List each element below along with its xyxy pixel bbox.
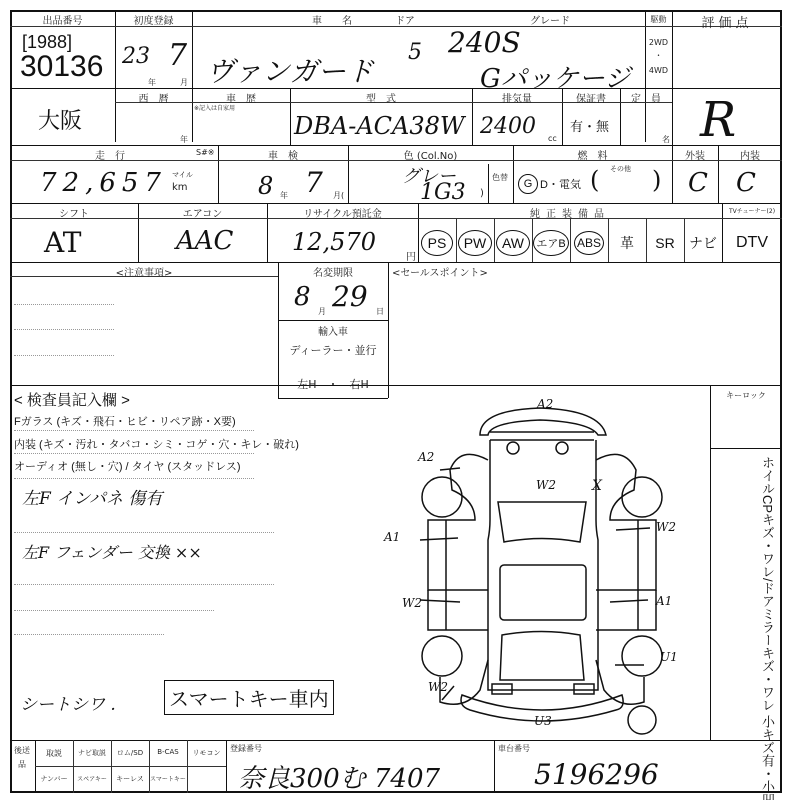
- yen-unit: 円: [406, 248, 416, 263]
- inspection-year-unit: 年: [280, 190, 288, 201]
- inspector-title: < 検査員記入欄 >: [14, 389, 130, 410]
- divider: [494, 740, 495, 793]
- dotted-line: [14, 610, 214, 611]
- car-name: ヴァンガード: [206, 50, 374, 90]
- mileage-value: 72,657: [40, 168, 167, 198]
- equip-aw: AW: [494, 226, 532, 260]
- inspection-label: 車 検: [218, 147, 348, 162]
- fuel-paren-close: ): [652, 166, 661, 194]
- equip-sunroof: SR: [646, 226, 684, 260]
- equip-pw-label: PW: [458, 230, 493, 256]
- usage-note: ※記入は自家用: [194, 103, 235, 112]
- score-value: R: [700, 92, 736, 148]
- first-reg-year: 23: [122, 44, 150, 69]
- name-change-month: 8: [294, 282, 311, 312]
- dotted-line: [14, 532, 274, 533]
- capacity-label: 定 員: [620, 90, 672, 105]
- year-unit: 年: [148, 77, 156, 88]
- divider: [10, 88, 782, 89]
- dotted-line: [14, 634, 164, 635]
- smart-key-box: スマートキー車内: [164, 680, 334, 715]
- drive-dot: ・: [645, 50, 672, 61]
- name-change-day: 29: [332, 280, 368, 313]
- acc-smart-key: スマートキー: [149, 774, 187, 783]
- ac-label: エアコン: [138, 205, 267, 220]
- fuel-label: 燃 料: [513, 147, 672, 162]
- fuel-options: D・電気: [540, 176, 581, 192]
- model-code: DBA-ACA38W: [294, 112, 465, 140]
- dotted-line: [14, 304, 114, 305]
- name-change-month-unit: 月: [318, 306, 326, 317]
- car-name-label: 車 名: [192, 12, 472, 27]
- km-unit: km: [172, 182, 188, 193]
- mark-a1-right-front-door: A1: [656, 594, 672, 608]
- divider: [388, 262, 389, 398]
- color-label: 色 (Col.No): [348, 147, 513, 162]
- interior-line: 内装 (キズ・汚れ・タバコ・シミ・コゲ・穴・キレ・破れ): [14, 436, 299, 452]
- equip-pw: PW: [456, 226, 494, 260]
- dotted-line: [14, 478, 254, 479]
- dotted-line: [14, 584, 274, 585]
- lot-number: 30136: [20, 50, 103, 84]
- name-change-day-unit: 日: [376, 306, 384, 317]
- equip-ps-label: PS: [421, 230, 454, 256]
- acc-spare-key: スペアキー: [73, 774, 111, 783]
- divider: [35, 766, 226, 767]
- acc-bcas: B-CAS: [149, 748, 187, 756]
- inspection-year: 8: [258, 172, 273, 200]
- audio-tire-line: オーディオ (無し・穴) / タイヤ (スタッドレス): [14, 458, 241, 474]
- divider: [278, 398, 388, 399]
- acc-number-plate: ナンバー: [35, 774, 73, 784]
- equip-navi-label: ナビ: [689, 233, 717, 253]
- divider: [710, 385, 711, 740]
- lot-number-label: 出品番号: [10, 12, 115, 27]
- warranty-label: 保証書: [562, 90, 620, 105]
- plate-number: 奈良300む 7407: [238, 758, 440, 795]
- fuel-paren-open: (: [590, 166, 599, 194]
- divider: [488, 164, 489, 203]
- dotted-line: [14, 329, 114, 330]
- equip-aw-label: AW: [496, 230, 530, 256]
- equip-leather: 革: [608, 226, 646, 260]
- equip-sunroof-label: SR: [655, 235, 674, 251]
- plate-label: 登録番号: [230, 743, 262, 754]
- interior-label: 内装: [718, 147, 782, 162]
- dotted-line: [14, 453, 254, 454]
- mark-u3-front-bumper: U3: [534, 714, 552, 728]
- cc-unit: cc: [548, 134, 557, 143]
- divider: [672, 88, 673, 145]
- fuel-other-label: その他: [610, 164, 631, 174]
- divider: [10, 740, 782, 741]
- drive-label: 駆動: [645, 14, 672, 25]
- chassis-label: 車台番号: [498, 743, 530, 754]
- mark-w2-rear: W2: [536, 478, 556, 492]
- mileage-label: 走 行: [10, 147, 210, 162]
- mark-x-rear-right: X: [592, 478, 602, 494]
- recycle-value: 12,570: [292, 228, 376, 256]
- drive-4wd: 4WD: [645, 66, 672, 75]
- shift-label: シフト: [10, 205, 138, 220]
- equip-navi: ナビ: [684, 226, 722, 260]
- divider: [710, 448, 782, 449]
- inspection-month-unit: 月(: [333, 190, 344, 201]
- divider: [192, 10, 193, 142]
- divider: [226, 740, 227, 793]
- color-code: 1G3: [420, 180, 466, 205]
- divider: [10, 385, 782, 386]
- import-label: 輸入車: [278, 323, 388, 338]
- mile-unit: マイル: [172, 170, 193, 180]
- exterior-grade: C: [688, 168, 708, 198]
- shift-value: AT: [44, 226, 81, 259]
- door-label: ドア: [390, 12, 420, 27]
- grade-line-1: 240S: [448, 26, 521, 59]
- score-label: 評価点: [672, 12, 782, 31]
- inspection-month: 7: [305, 166, 323, 199]
- divider: [645, 10, 646, 142]
- caution-label: <注意事項>: [10, 264, 278, 279]
- mark-w2-left-fender: W2: [428, 680, 448, 694]
- dotted-line: [14, 355, 114, 356]
- equip-leather-label: 革: [620, 233, 634, 253]
- capacity-unit: 名: [662, 134, 670, 145]
- fuel-selected-gasoline: G: [518, 174, 538, 194]
- acc-keyless: キーレス: [111, 774, 149, 784]
- equip-abs-label: ABS: [574, 231, 604, 255]
- wheel-mirror-note: ホイルCPキズ・ワレ/ドアミラーキズ・ワレ 小キズ有・小凹有・補修有: [728, 456, 778, 738]
- dotted-line: [14, 430, 254, 431]
- color-change-label: 色替: [490, 172, 510, 183]
- doors-value: 5: [408, 40, 422, 65]
- interior-grade: C: [736, 168, 756, 198]
- inspector-note-2: 左F フェンダー 交換 ××: [22, 540, 202, 563]
- sales-point-label: <セールスポイント>: [392, 264, 488, 279]
- name-change-label: 名変期限: [278, 264, 388, 279]
- import-type: ディーラー・並行: [278, 342, 388, 358]
- grade-label: グレード: [480, 12, 620, 27]
- first-reg-month: 7: [168, 38, 187, 73]
- mark-a2-top: A2: [537, 397, 553, 411]
- inspector-note-1: 左F インパネ 傷有: [22, 484, 162, 509]
- acc-manual: 取説: [35, 748, 73, 759]
- equip-ps: PS: [418, 226, 456, 260]
- western-year-unit: 年: [180, 134, 188, 145]
- western-year-label: 西 暦: [115, 90, 192, 105]
- exterior-label: 外装: [672, 147, 718, 162]
- acc-remote: リモコン: [187, 748, 226, 758]
- keylock-label: キーロック: [714, 390, 778, 401]
- equip-airbag-label: エアB: [533, 230, 568, 256]
- warranty-value: 有・無: [570, 116, 609, 135]
- divider: [10, 203, 782, 204]
- acc-rom-sd: ロム/SD: [111, 748, 149, 758]
- recycle-label: リサイクル預託金: [267, 205, 418, 220]
- first-reg-label: 初度登録: [115, 12, 192, 27]
- model-label: 型 式: [290, 90, 472, 105]
- mark-a2-rear-left: A2: [418, 450, 434, 464]
- equip-dtv-label: DTV: [736, 234, 768, 252]
- divider: [10, 262, 782, 263]
- month-unit: 月: [180, 77, 188, 88]
- divider: [278, 320, 388, 321]
- chassis-number: 5196296: [534, 758, 659, 791]
- divider: [115, 10, 116, 142]
- handle-side: 左H ・ 右H: [278, 376, 388, 392]
- mileage-s: S#※: [196, 148, 214, 157]
- color-close: ): [480, 188, 484, 199]
- acc-navi-manual: ナビ取説: [73, 748, 111, 758]
- equip-airbag: エアB: [532, 226, 570, 260]
- tv-tuner-label: TVチューナー(2): [722, 206, 782, 215]
- divider: [10, 145, 782, 146]
- mark-w2-left-front-door: W2: [402, 596, 422, 610]
- accessories-label: 後送品: [12, 744, 32, 772]
- windshield-line: Fガラス (キズ・飛石・ヒビ・リペア跡・X要): [14, 413, 236, 429]
- mark-w2-right-rear-door: W2: [656, 520, 676, 534]
- equip-abs: ABS: [570, 226, 608, 260]
- equip-dtv: DTV: [722, 226, 782, 260]
- ac-value: AAC: [176, 226, 233, 256]
- displacement-value: 2400: [480, 114, 536, 139]
- mark-u1-right-fender: U1: [660, 650, 678, 664]
- equipment-label: 純正装備品: [418, 205, 722, 220]
- mark-a1-left-rear-door: A1: [384, 530, 400, 544]
- location: 大阪: [38, 104, 82, 135]
- drive-2wd: 2WD: [645, 38, 672, 47]
- inspector-note-3: シートシワ .: [20, 690, 116, 715]
- displacement-label: 排気量: [472, 90, 562, 105]
